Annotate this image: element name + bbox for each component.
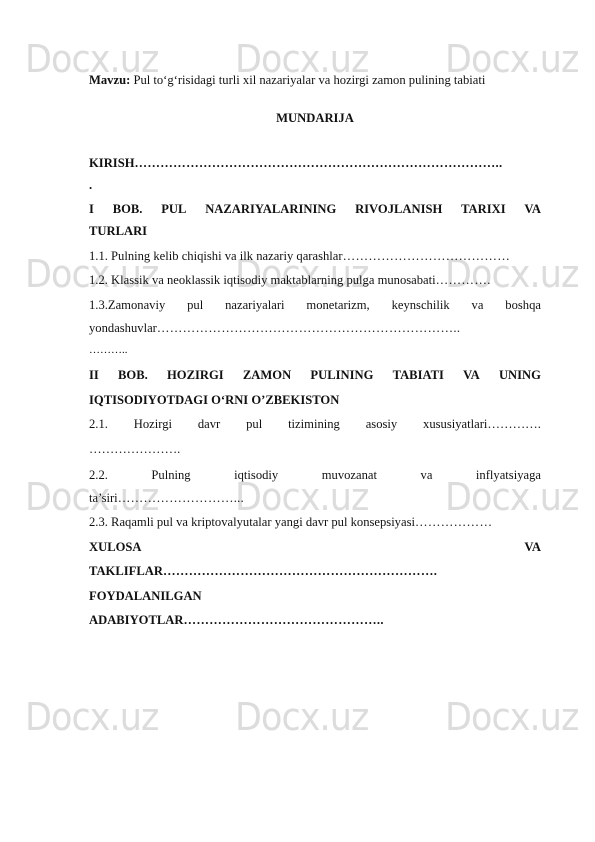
word: 2.1. — [89, 416, 108, 432]
word: II — [89, 367, 99, 383]
word: TARIXI — [461, 201, 506, 217]
word: 1.3.Zamonaviy — [89, 297, 165, 313]
word: VA — [524, 539, 541, 555]
toc-entry-intro[interactable]: KIRISH………………………………………………………………………….. — [89, 155, 541, 171]
dot-leader: …………. — [436, 273, 491, 287]
entry-label: KIRISH — [89, 156, 135, 170]
toc-chapter-2-wrap: IQTISODIYOTDAGI O‘RNI O’ZBEKISTON — [89, 392, 541, 408]
word: Hozirgi — [134, 416, 172, 432]
word: iqtisodiy — [234, 467, 278, 483]
word: asosiy — [366, 416, 397, 432]
toc-references-wrap: ADABIYOTLAR……………………………………….. — [89, 612, 541, 628]
toc-references[interactable]: FOYDALANILGAN — [89, 588, 541, 604]
topic-label: Mavzu: — [89, 73, 130, 87]
dot-leader: ………………………………… — [343, 249, 511, 263]
toc-section-2-1[interactable]: 2.1. Hozirgi davr pul tizimining asosiy … — [89, 416, 541, 432]
watermark: Docx.uz — [235, 698, 368, 736]
watermark: Docx.uz — [445, 698, 578, 736]
toc-chapter-2[interactable]: II BOB. HOZIRGI ZAMON PULINING TABIATI V… — [89, 367, 541, 383]
word: pul — [246, 416, 262, 432]
topic-text: Pul to‘g‘risidagi turli xil nazariyalar … — [133, 73, 485, 87]
word: XULOSA — [89, 539, 141, 555]
dot-leader: ………………………………………………………………………….. — [135, 156, 503, 170]
word: Pulning — [151, 467, 190, 483]
document-page: Docx.uz Docx.uz Docx.uz Docx.uz Docx.uz … — [0, 0, 595, 842]
word: TABIATI — [393, 367, 444, 383]
word: pul — [187, 297, 203, 313]
toc-title: MUNDARIJA — [89, 110, 541, 126]
dot-leader: ……….. — [89, 342, 541, 358]
word: RIVOJLANISH — [355, 201, 442, 217]
word: muvozanat — [322, 467, 377, 483]
entry-label: 2.3. Raqamli pul va kriptovalyutalar yan… — [89, 515, 415, 529]
dot-leader: …………………………………………………………….. — [157, 321, 460, 335]
word: nazariyalari — [225, 297, 284, 313]
toc-chapter-1[interactable]: I BOB. PUL NAZARIYALARINING RIVOJLANISH … — [89, 201, 541, 217]
word: davr — [198, 416, 220, 432]
toc-section-1-1[interactable]: 1.1. Pulning kelib chiqishi va ilk nazar… — [89, 248, 541, 264]
toc-section-1-2[interactable]: 1.2. Klassik va neoklassik iqtisodiy mak… — [89, 272, 541, 288]
word: BOB. — [118, 367, 148, 383]
word: VA — [524, 201, 541, 217]
toc-conclusion-wrap: TAKLIFLAR………………………………………………………. — [89, 563, 541, 579]
word: UNING — [499, 367, 541, 383]
toc-chapter-1-wrap: TURLARI — [89, 223, 541, 239]
word: NAZARIYALARINING — [205, 201, 336, 217]
entry-label: ADABIYOTLAR — [89, 613, 183, 627]
dot-leader: ………………………... — [118, 491, 244, 505]
entry-label: 1.2. Klassik va neoklassik iqtisodiy mak… — [89, 273, 436, 287]
word: VA — [463, 367, 480, 383]
word: BOB. — [113, 201, 143, 217]
word: va — [421, 467, 433, 483]
word: xususiyatlari…………. — [423, 416, 541, 432]
toc-section-2-2-wrap: ta’siri………………………... — [89, 490, 541, 506]
toc-section-2-3[interactable]: 2.3. Raqamli pul va kriptovalyutalar yan… — [89, 514, 541, 530]
dot-leader: ………………………………………………………. — [163, 564, 437, 578]
watermark: Docx.uz — [25, 698, 158, 736]
word: monetarizm, — [306, 297, 369, 313]
entry-label: TAKLIFLAR — [89, 564, 163, 578]
toc-section-2-2[interactable]: 2.2. Pulning iqtisodiy muvozanat va infl… — [89, 467, 541, 483]
word: HOZIRGI — [167, 367, 224, 383]
toc-section-1-3-wrap: yondashuvlar…………………………………………………………….. — [89, 320, 541, 336]
word: tizimining — [288, 416, 340, 432]
word: PUL — [161, 201, 186, 217]
word: I — [89, 201, 94, 217]
word: inflyatsiyaga — [476, 467, 541, 483]
dot-leader: ……………………………………….. — [183, 613, 383, 627]
word: ZAMON — [243, 367, 291, 383]
word: keynschilik — [392, 297, 450, 313]
entry-label: ta’siri — [89, 491, 118, 505]
word: 2.2. — [89, 467, 108, 483]
dot-leader: …………………. — [89, 441, 541, 457]
word: boshqa — [505, 297, 541, 313]
entry-label: yondashuvlar — [89, 321, 157, 335]
toc-entry-intro-wrap: . — [89, 177, 541, 193]
dot-leader: ……………… — [415, 515, 492, 529]
toc-conclusion[interactable]: XULOSA VA — [89, 539, 541, 555]
word: va — [472, 297, 484, 313]
word: PULINING — [310, 367, 373, 383]
topic-line: Mavzu: Pul to‘g‘risidagi turli xil nazar… — [89, 72, 541, 88]
toc-section-1-3[interactable]: 1.3.Zamonaviy pul nazariyalari monetariz… — [89, 297, 541, 313]
entry-label: 1.1. Pulning kelib chiqishi va ilk nazar… — [89, 249, 343, 263]
